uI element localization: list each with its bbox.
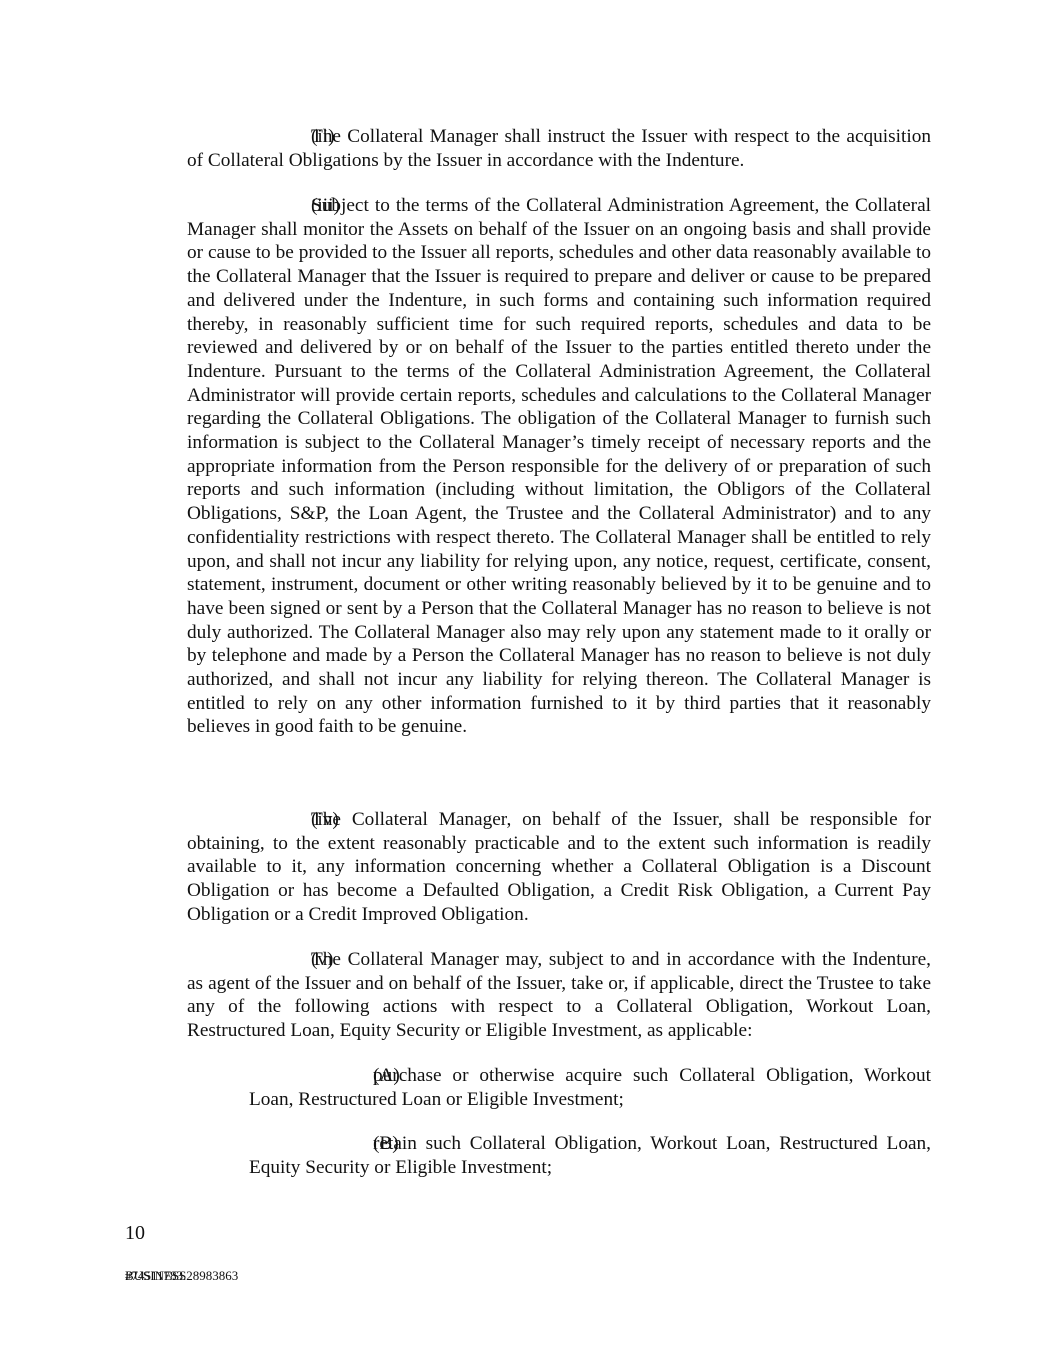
paragraph-iv: (iv)The Collateral Manager, on behalf of… — [187, 808, 931, 927]
paragraph-text: Subject to the terms of the Collateral A… — [187, 195, 931, 737]
document-page: (ii)The Collateral Manager shall instruc… — [0, 0, 1055, 1365]
paragraph-iii: (iii)Subject to the terms of the Collate… — [187, 194, 931, 739]
paragraph-number: (B) — [311, 1132, 373, 1156]
paragraph-number: (A) — [311, 1064, 373, 1088]
paragraph-number: (v) — [249, 948, 311, 972]
subparagraph-A: (A)purchase or otherwise acquire such Co… — [249, 1064, 931, 1111]
paragraph-number: (ii) — [249, 125, 311, 149]
subparagraph-B: (B)retain such Collateral Obligation, Wo… — [249, 1132, 931, 1179]
paragraph-v: (v)The Collateral Manager may, subject t… — [187, 948, 931, 1043]
paragraph-number: (iii) — [249, 194, 311, 218]
paragraph-number: (iv) — [249, 808, 311, 832]
page-number: 10 — [125, 1222, 145, 1245]
doc-id-overlay-2: #74511783.28983863 — [125, 1268, 238, 1284]
paragraph-ii: (ii)The Collateral Manager shall instruc… — [187, 125, 931, 172]
document-id-footer: BUSINESS #74511783.28983863 — [125, 1268, 325, 1286]
